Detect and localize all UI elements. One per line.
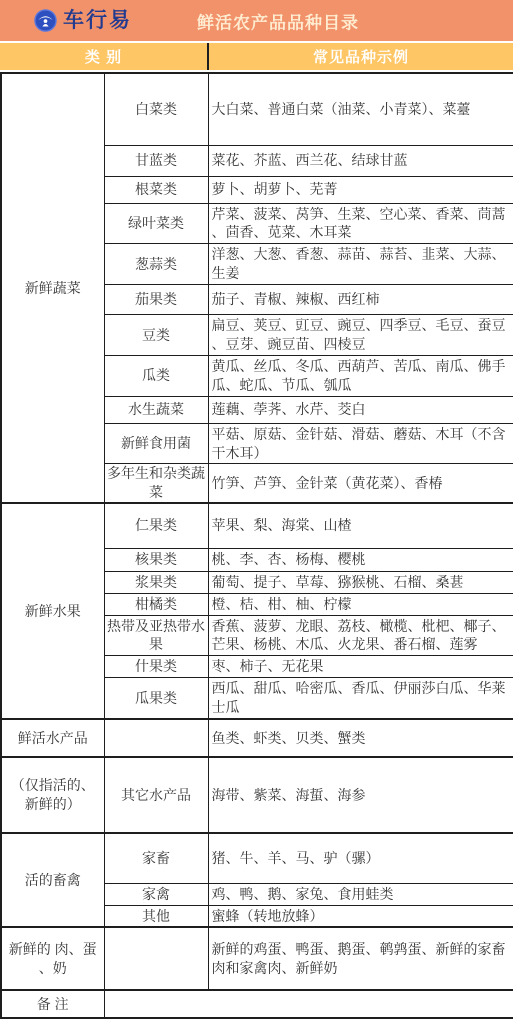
table-column-header: 类 别 常见品种示例 xyxy=(0,41,513,72)
subcategory-cell: 茄果类 xyxy=(104,285,208,315)
subcategory-cell: 家畜 xyxy=(104,833,208,883)
table-row: 新鲜的 肉、蛋、奶新鲜的鸡蛋、鸭蛋、鹅蛋、鹌鹑蛋、新鲜的家畜肉和家禽肉、新鲜奶 xyxy=(1,927,513,990)
column-header-category: 类 别 xyxy=(0,43,207,70)
subcategory-cell xyxy=(104,927,208,990)
category-cell: 备 注 xyxy=(1,990,104,1018)
merged-empty-cell xyxy=(104,990,513,1018)
items-cell: 平菇、原菇、金针菇、滑菇、蘑菇、木耳（不含干木耳） xyxy=(208,423,513,464)
subcategory-cell: 仁果类 xyxy=(104,503,208,548)
items-cell: 香蕉、菠萝、龙眼、荔枝、橄榄、枇杷、椰子、芒果、杨桃、木瓜、火龙果、番石榴、莲雾 xyxy=(208,615,513,656)
subcategory-cell: 核果类 xyxy=(104,548,208,571)
banner: 车行易 鲜活农产品品种目录 xyxy=(0,0,513,41)
catalog-table-body: 新鲜蔬菜白菜类大白菜、普通白菜（油菜、小青菜）、菜薹甘蓝类菜花、芥蓝、西兰花、结… xyxy=(1,73,513,1018)
subcategory-cell: 新鲜食用菌 xyxy=(104,423,208,464)
table-row: （仅指活的、新鲜的）其它水产品海带、紫菜、海蜇、海参 xyxy=(1,757,513,833)
chexingyi-logo-icon xyxy=(34,9,57,32)
subcategory-cell: 葱蒜类 xyxy=(104,244,208,285)
items-cell: 蜜蜂（转地放蜂） xyxy=(208,905,513,927)
subcategory-cell: 热带及亚热带水果 xyxy=(104,615,208,656)
items-cell: 猪、牛、羊、马、驴（骡） xyxy=(208,833,513,883)
catalog-table: 新鲜蔬菜白菜类大白菜、普通白菜（油菜、小青菜）、菜薹甘蓝类菜花、芥蓝、西兰花、结… xyxy=(0,72,513,1019)
subcategory-cell xyxy=(104,719,208,757)
subcategory-cell: 其他 xyxy=(104,905,208,927)
category-cell: 新鲜水果 xyxy=(1,503,104,719)
category-cell: 活的畜禽 xyxy=(1,833,104,927)
page-title: 鲜活农产品品种目录 xyxy=(197,8,359,33)
table-row: 鲜活水产品鱼类、虾类、贝类、蟹类 xyxy=(1,719,513,757)
items-cell: 莲藕、荸荠、水芹、茭白 xyxy=(208,396,513,423)
subcategory-cell: 多年生和杂类蔬菜 xyxy=(104,464,208,503)
category-cell: 鲜活水产品 xyxy=(1,719,104,757)
category-cell: 新鲜的 肉、蛋、奶 xyxy=(1,927,104,990)
logo: 车行易 xyxy=(34,0,132,41)
subcategory-cell: 其它水产品 xyxy=(104,757,208,833)
column-header-examples: 常见品种示例 xyxy=(207,43,513,70)
category-cell: 新鲜蔬菜 xyxy=(1,73,104,503)
subcategory-cell: 家禽 xyxy=(104,883,208,905)
items-cell: 大白菜、普通白菜（油菜、小青菜）、菜薹 xyxy=(208,73,513,145)
items-cell: 扁豆、荚豆、豇豆、豌豆、四季豆、毛豆、蚕豆、豆芽、豌豆苗、四棱豆 xyxy=(208,315,513,356)
subcategory-cell: 白菜类 xyxy=(104,73,208,145)
items-cell: 洋葱、大葱、香葱、蒜苗、蒜苔、韭菜、大蒜、生姜 xyxy=(208,244,513,285)
items-cell: 西瓜、甜瓜、哈密瓜、香瓜、伊丽莎白瓜、华莱士瓜 xyxy=(208,678,513,719)
items-cell: 萝卜、胡萝卜、芜菁 xyxy=(208,176,513,203)
items-cell: 新鲜的鸡蛋、鸭蛋、鹅蛋、鹌鹑蛋、新鲜的家畜肉和家禽肉、新鲜奶 xyxy=(208,927,513,990)
subcategory-cell: 瓜类 xyxy=(104,355,208,396)
items-cell: 茄子、青椒、辣椒、西红柿 xyxy=(208,285,513,315)
subcategory-cell: 绿叶菜类 xyxy=(104,203,208,244)
subcategory-cell: 什果类 xyxy=(104,656,208,678)
subcategory-cell: 甘蓝类 xyxy=(104,145,208,176)
subcategory-cell: 根菜类 xyxy=(104,176,208,203)
subcategory-cell: 瓜果类 xyxy=(104,678,208,719)
table-row: 新鲜水果仁果类苹果、梨、海棠、山楂 xyxy=(1,503,513,548)
items-cell: 海带、紫菜、海蜇、海参 xyxy=(208,757,513,833)
items-cell: 枣、柿子、无花果 xyxy=(208,656,513,678)
catalog-page: 车行易 鲜活农产品品种目录 类 别 常见品种示例 新鲜蔬菜白菜类大白菜、普通白菜… xyxy=(0,0,513,1019)
subcategory-cell: 浆果类 xyxy=(104,571,208,593)
subcategory-cell: 水生蔬菜 xyxy=(104,396,208,423)
table-row: 备 注 xyxy=(1,990,513,1018)
logo-text: 车行易 xyxy=(63,10,132,31)
table-row: 新鲜蔬菜白菜类大白菜、普通白菜（油菜、小青菜）、菜薹 xyxy=(1,73,513,145)
items-cell: 竹笋、芦笋、金针菜（黄花菜）、香椿 xyxy=(208,464,513,503)
items-cell: 苹果、梨、海棠、山楂 xyxy=(208,503,513,548)
items-cell: 橙、桔、柑、柚、柠檬 xyxy=(208,593,513,615)
items-cell: 鱼类、虾类、贝类、蟹类 xyxy=(208,719,513,757)
items-cell: 葡萄、提子、草莓、猕猴桃、石榴、桑葚 xyxy=(208,571,513,593)
items-cell: 黄瓜、丝瓜、冬瓜、西葫芦、苦瓜、南瓜、佛手瓜、蛇瓜、节瓜、瓠瓜 xyxy=(208,355,513,396)
items-cell: 芹菜、菠菜、莴笋、生菜、空心菜、香菜、茼蒿、茴香、苋菜、木耳菜 xyxy=(208,203,513,244)
items-cell: 桃、李、杏、杨梅、樱桃 xyxy=(208,548,513,571)
subcategory-cell: 柑橘类 xyxy=(104,593,208,615)
items-cell: 菜花、芥蓝、西兰花、结球甘蓝 xyxy=(208,145,513,176)
category-cell: （仅指活的、新鲜的） xyxy=(1,757,104,833)
table-row: 活的畜禽家畜猪、牛、羊、马、驴（骡） xyxy=(1,833,513,883)
subcategory-cell: 豆类 xyxy=(104,315,208,356)
items-cell: 鸡、鸭、鹅、家兔、食用蛙类 xyxy=(208,883,513,905)
